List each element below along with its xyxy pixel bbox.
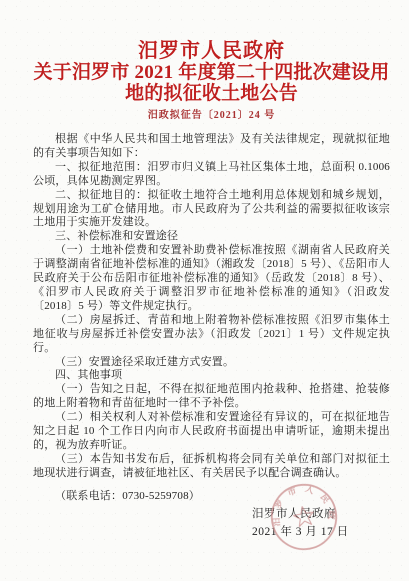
paragraph-intro: 根据《中华人民共和国土地管理法》及有关法律规定，现就拟征地的有关事项告知如下： bbox=[33, 133, 390, 161]
document-body: 根据《中华人民共和国土地管理法》及有关法律规定，现就拟征地的有关事项告知如下： … bbox=[33, 133, 390, 504]
paragraph-other-heading: 四、其他事项 bbox=[33, 369, 390, 383]
paragraph-compensation-2: （二）房屋拆迁、青苗和地上附着物补偿标准按照《汨罗市集体土地征收与房屋拆迁补偿安… bbox=[33, 314, 390, 356]
signature-date: 2021 年 3 月 17 日 bbox=[252, 524, 349, 542]
contact-phone: （联系电话：0730-5259708） bbox=[33, 490, 390, 504]
paragraph-compensation-1: （一）土地补偿费和安置补助费补偿标准按照《湖南省人民政府关于调整湖南省征地补偿标… bbox=[33, 244, 390, 314]
paragraph-other-1: （一）告知之日起，不得在拟征地范围内抢栽种、抢搭建、抢装修的地上附着物和青苗征地… bbox=[33, 383, 390, 411]
paragraph-compensation-3: （三）安置途径采取迁建方式安置。 bbox=[33, 356, 390, 370]
paragraph-scope: 一、拟征地范围：汨罗市归义镇上马社区集体土地，总面积 0.1006 公顷，具体见… bbox=[33, 161, 390, 189]
signature-org: 汨罗市人民政府 bbox=[252, 506, 349, 524]
document-header: 汨罗市人民政府 关于汨罗市 2021 年度第二十四批次建设用地的拟征收土地公告 … bbox=[33, 40, 390, 122]
paragraph-other-2: （二）相关权利人对补偿标准和安置途径有异议的，可在拟征地告知之日起 10 个工作… bbox=[33, 411, 390, 453]
paragraph-other-3: （三）本告知书发布后，征拆机构将会同有关单位和部门对拟征土地现状进行调查，请被征… bbox=[33, 453, 390, 481]
signature-block: 汨罗市人民政府 2021 年 3 月 17 日 bbox=[252, 506, 349, 541]
document-page: 汨罗市人民政府 关于汨罗市 2021 年度第二十四批次建设用地的拟征收土地公告 … bbox=[0, 0, 409, 581]
issuing-org-title: 汨罗市人民政府 bbox=[33, 40, 390, 62]
document-title: 关于汨罗市 2021 年度第二十四批次建设用地的拟征收土地公告 bbox=[33, 62, 390, 104]
paragraph-purpose: 二、拟征地目的：拟征收土地符合土地利用总体规划和城乡规划，规划用途为工矿仓储用地… bbox=[33, 189, 390, 231]
document-number: 汨政拟征告〔2021〕24 号 bbox=[33, 109, 390, 122]
paragraph-compensation-heading: 三、补偿标准和安置途径 bbox=[33, 230, 390, 244]
